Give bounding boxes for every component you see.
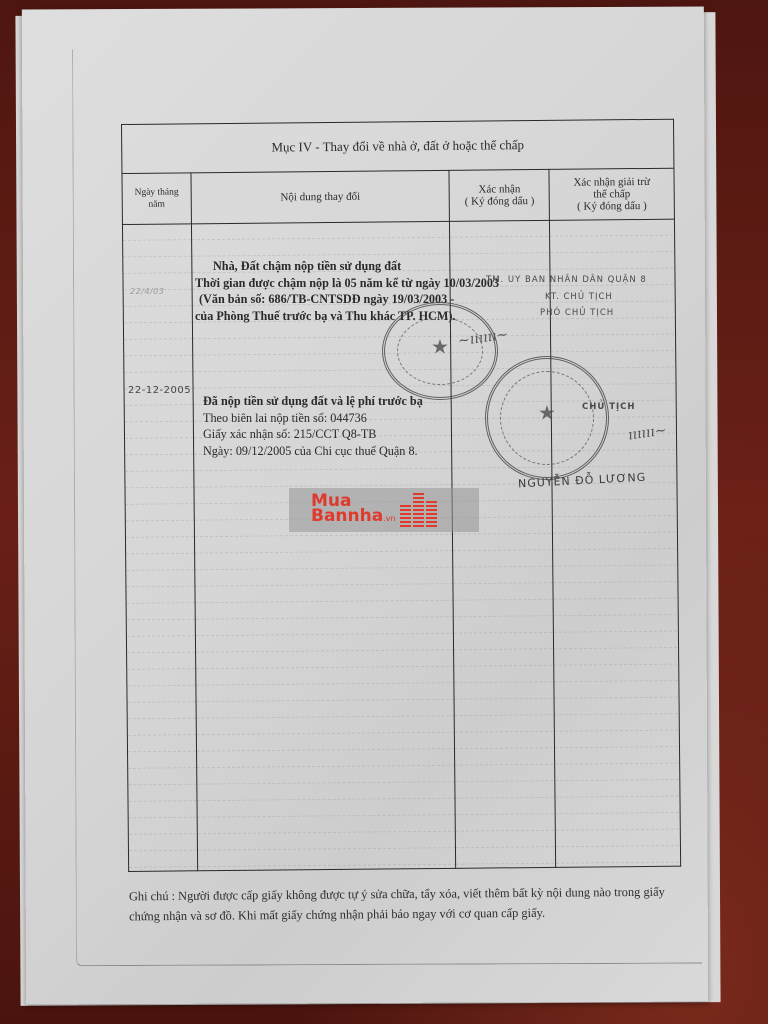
header-date-line1: Ngày tháng <box>135 187 179 197</box>
section-title: Mục IV - Thay đổi về nhà ở, đất ở hoặc t… <box>122 119 674 173</box>
header-release-line1: Xác nhận giải trừ <box>573 176 650 189</box>
entry-2-line-1: Đã nộp tiền sử dụng đất và lệ phí trước … <box>203 393 423 410</box>
watermark-logo-text: Mua Bannha.vn <box>311 494 396 526</box>
entry-2-official-seal: ★ <box>485 356 609 480</box>
header-date-line2: năm <box>148 200 164 210</box>
mubannha-watermark: Mua Bannha.vn <box>289 488 479 532</box>
column-header-confirm: Xác nhận ( Ký đóng dấu ) <box>449 169 549 221</box>
entry-1-official-seal: ★ <box>382 302 498 400</box>
entry-1-line-2: Thời gian được chậm nộp là 05 năm kể từ … <box>195 275 499 292</box>
header-release-line3: ( Ký đóng dấu ) <box>577 200 647 213</box>
column-header-date: Ngày tháng năm <box>122 173 191 225</box>
building-logo-icon <box>400 493 437 527</box>
entry-1-stamp-line-1: TM. UY BAN NHÂN DÂN QUẬN 8 <box>486 275 647 285</box>
entry-2-line-2: Theo biên lai nộp tiền số: 044736 <box>203 410 423 427</box>
entry-2-stamp-title: CHỦ TỊCH <box>582 402 636 412</box>
date-column-body <box>122 224 197 872</box>
star-emblem-icon: ★ <box>538 401 556 426</box>
entry-1-stamp-line-2: KT. CHỦ TỊCH <box>545 292 613 302</box>
entry-2-line-4: Ngày: 09/12/2005 của Chi cục thuế Quận 8… <box>203 443 423 460</box>
entry-1-stamp-line-3: PHÓ CHỦ TỊCH <box>540 308 614 318</box>
entry-2-line-3: Giấy xác nhận số: 215/CCT Q8-TB <box>203 426 423 443</box>
entry-2-date: 22-12-2005 <box>128 385 191 396</box>
header-confirm-line2: ( Ký đóng dấu ) <box>465 195 535 208</box>
entry-1-line-1: Nhà, Đất chậm nộp tiền sử dụng đất <box>195 258 499 275</box>
star-emblem-icon: ★ <box>431 335 449 360</box>
column-header-content: Nội dung thay đổi <box>191 170 450 223</box>
watermark-line-2: Bannha <box>311 506 383 526</box>
header-release-line2: thế chấp <box>593 188 630 200</box>
column-header-release: Xác nhận giải trừ thế chấp ( Ký đóng dấu… <box>549 168 674 220</box>
entry-2-content: Đã nộp tiền sử dụng đất và lệ phí trước … <box>203 393 423 459</box>
entry-1-date: 22/4/03 <box>130 287 164 296</box>
header-confirm-line1: Xác nhận <box>478 183 520 195</box>
footer-note: Ghi chú : Người được cấp giấy không được… <box>129 882 674 927</box>
watermark-suffix: .vn <box>383 514 395 523</box>
